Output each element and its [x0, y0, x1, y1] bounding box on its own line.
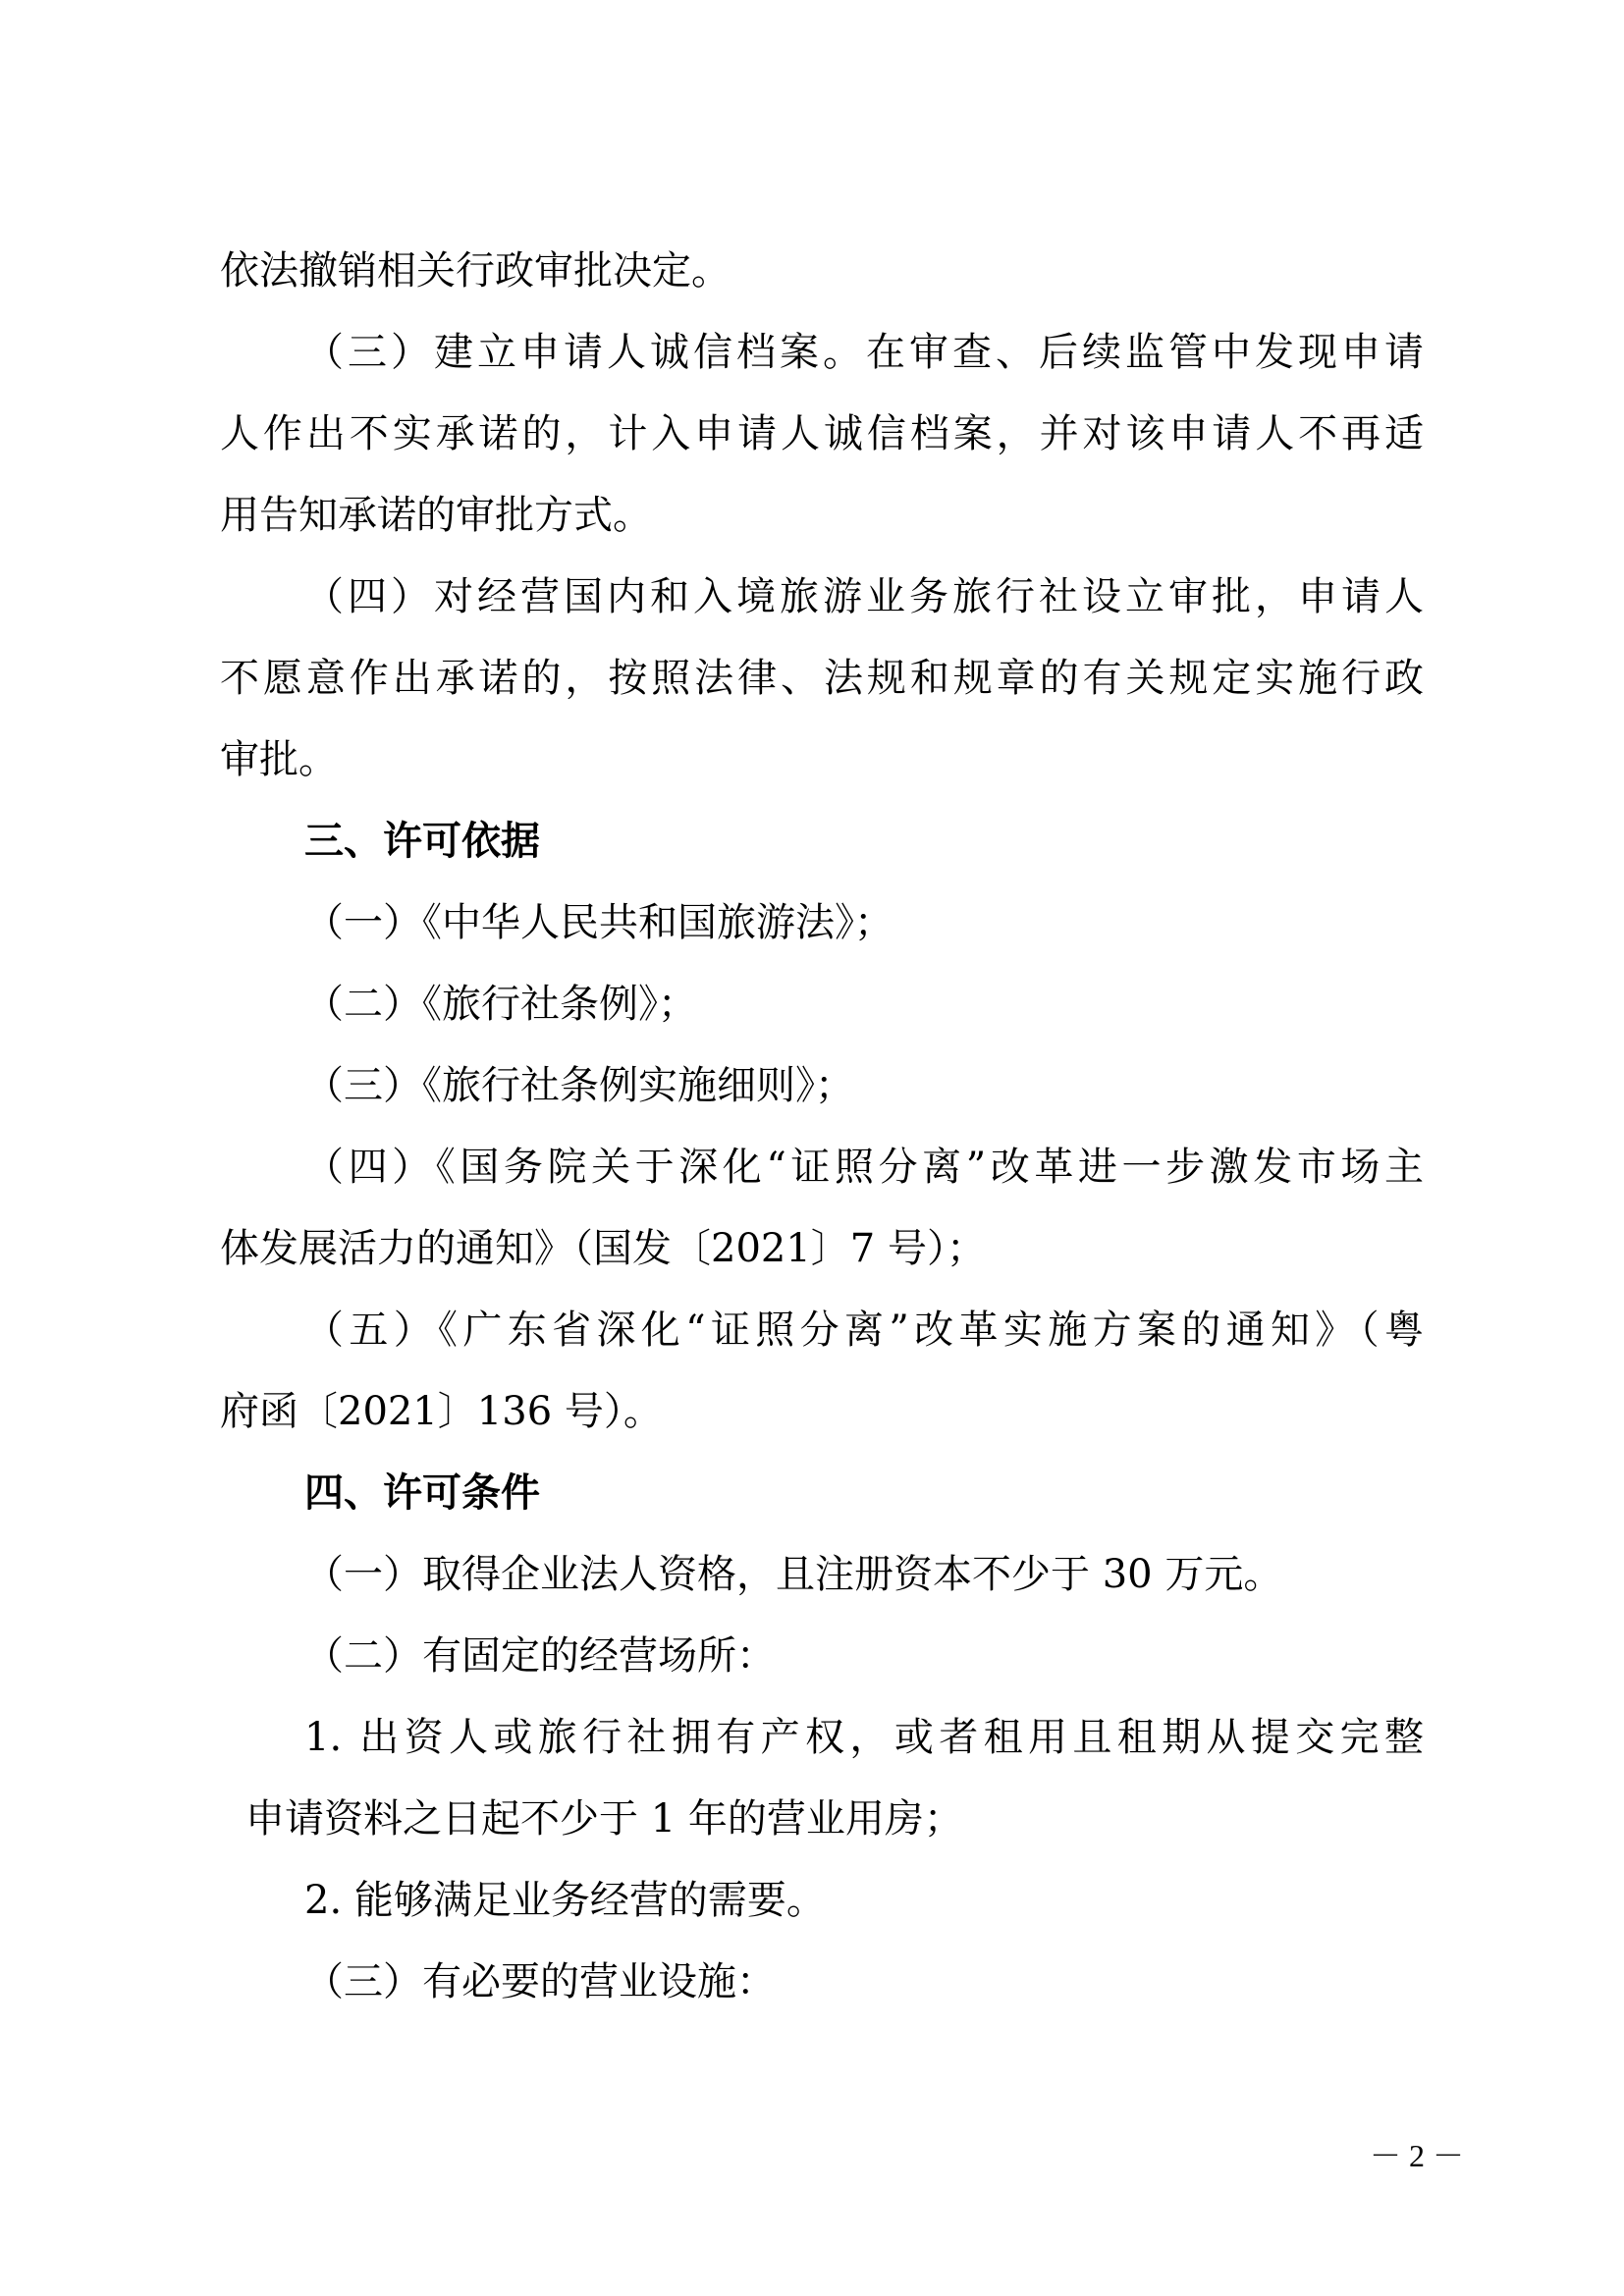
paragraph-line: 审批。: [220, 720, 1424, 801]
condition-item: （三）有必要的营业设施：: [304, 1942, 1424, 2023]
paragraph-line: 不愿意作出承诺的，按照法律、法规和规章的有关规定实施行政: [220, 638, 1424, 720]
condition-item: （一）取得企业法人资格，且注册资本不少于 30 万元。: [304, 1534, 1424, 1616]
condition-subitem-continuation: 申请资料之日起不少于 1 年的营业用房；: [245, 1779, 1424, 1860]
paragraph-line: 人作出不实承诺的，计入申请人诚信档案，并对该申请人不再适: [220, 394, 1424, 475]
list-item-continuation: 体发展活力的通知》（国发〔2021〕7 号）；: [220, 1208, 1424, 1290]
list-item: （二）《旅行社条例》；: [304, 964, 1424, 1045]
list-item-continuation: 府函〔2021〕136 号）。: [220, 1371, 1424, 1453]
document-page: 依法撤销相关行政审批决定。 （三）建立申请人诚信档案。在审查、后续监管中发现申请…: [0, 0, 1624, 2296]
list-item: （三）《旅行社条例实施细则》；: [304, 1045, 1424, 1127]
paragraph-line: 依法撤销相关行政审批决定。: [220, 231, 1424, 312]
page-number: － 2 －: [1363, 2136, 1471, 2175]
paragraph-line: （三）建立申请人诚信档案。在审查、后续监管中发现申请: [304, 312, 1424, 394]
list-item: （四）《国务院关于深化“证照分离”改革进一步激发市场主: [304, 1127, 1424, 1208]
condition-subitem: 2. 能够满足业务经营的需要。: [304, 1860, 1424, 1942]
list-item: （五）《广东省深化“证照分离”改革实施方案的通知》（粤: [304, 1290, 1424, 1371]
condition-subitem: 1. 出资人或旅行社拥有产权，或者租用且租期从提交完整: [304, 1697, 1424, 1779]
paragraph-line: 用告知承诺的审批方式。: [220, 475, 1424, 557]
list-item: （一）《中华人民共和国旅游法》；: [304, 882, 1424, 964]
condition-item: （二）有固定的经营场所：: [304, 1616, 1424, 1697]
section-heading-conditions: 四、许可条件: [304, 1453, 1508, 1534]
section-heading-legal-basis: 三、许可依据: [304, 801, 1508, 882]
paragraph-line: （四）对经营国内和入境旅游业务旅行社设立审批，申请人: [304, 557, 1424, 638]
